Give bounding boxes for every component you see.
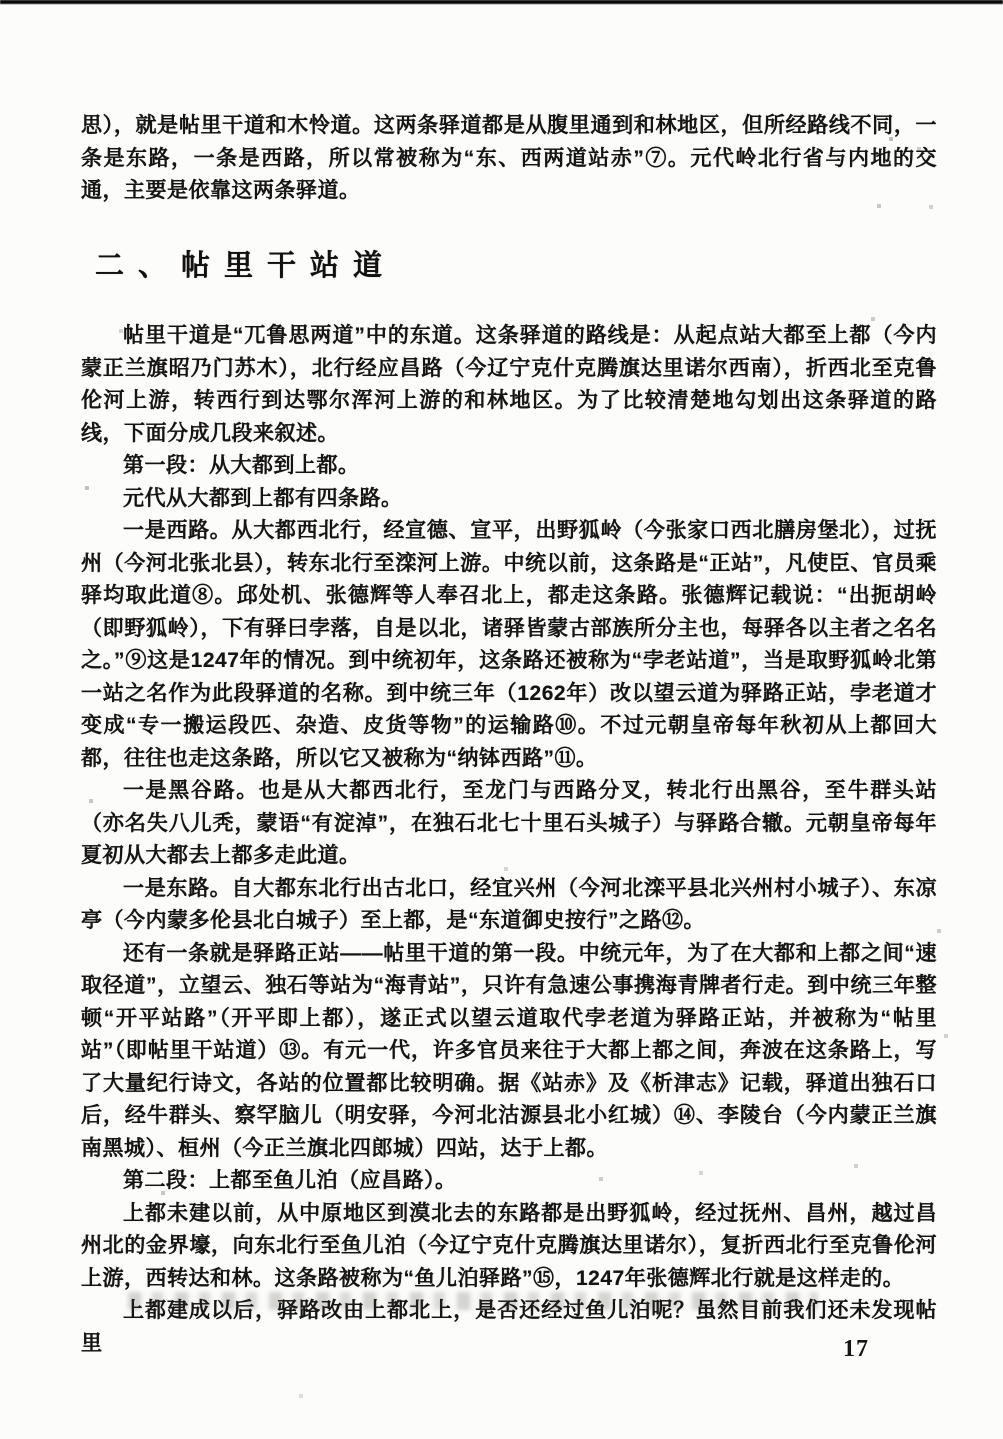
- section-heading: 二、帖里干站道: [81, 250, 937, 283]
- paragraph-route-overview: 帖里干道是“兀鲁思两道”中的东道。这条驿道的路线是：从起点站大都至上都（今内蒙正…: [81, 320, 937, 450]
- page-number: 17: [843, 1336, 869, 1363]
- scan-edge-artifact: [0, 0, 1003, 4]
- paragraph-main-post-road: 还有一条就是驿路正站——帖里干道的第一段。中统元年，为了在大都和上都之间“速取径…: [81, 938, 937, 1166]
- text-block: 思），就是帖里干道和木怜道。这两条驿道都是从腹里通到和林地区，但所经路线不同，一…: [81, 110, 937, 1360]
- paragraph-four-roads: 元代从大都到上都有四条路。: [81, 483, 937, 516]
- paragraph-segment-2-title: 第二段：上都至鱼儿泊（应昌路）。: [81, 1165, 937, 1198]
- scan-noise-specks: [0, 0, 2, 2]
- ink-bleed-through: [128, 1292, 818, 1310]
- paragraph-west-road: 一是西路。从大都西北行，经宣德、宣平，出野狐岭（今张家口西北膳房堡北），过抚州（…: [81, 515, 937, 775]
- continuation-paragraph: 思），就是帖里干道和木怜道。这两条驿道都是从腹里通到和林地区，但所经路线不同，一…: [81, 110, 937, 208]
- paragraph-yuerpo-route: 上都未建以前，从中原地区到漠北去的东路都是出野狐岭，经过抚州、昌州，越过昌州北的…: [81, 1198, 937, 1296]
- paragraph-segment-1-title: 第一段：从大都到上都。: [81, 450, 937, 483]
- paragraph-heigu-road: 一是黑谷路。也是从大都西北行，至龙门与西路分叉，转北行出黑谷，至牛群头站（亦名失…: [81, 775, 937, 873]
- paragraph-east-road: 一是东路。自大都东北行出古北口，经宜兴州（今河北滦平县北兴州村小城子）、东凉亭（…: [81, 873, 937, 938]
